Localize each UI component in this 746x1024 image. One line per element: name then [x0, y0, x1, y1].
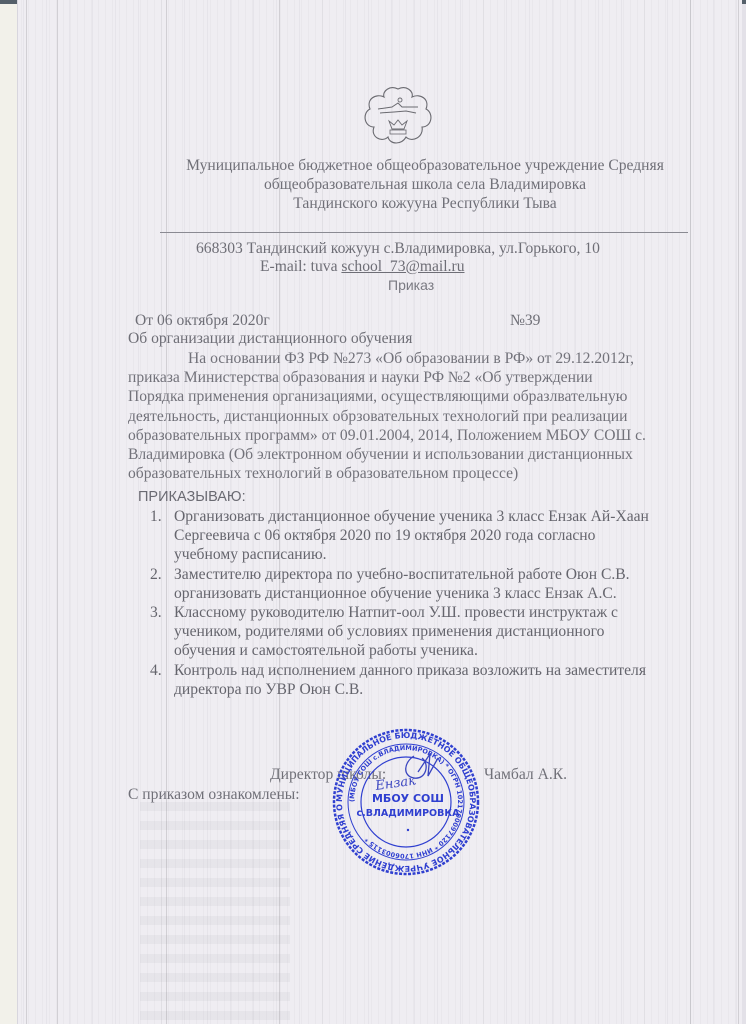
preamble-line: образовательных технологий в образовател… [128, 464, 698, 483]
scan-left-edge [0, 0, 18, 1024]
item-line: Классному руководителю Натпит-оол У.Ш. п… [174, 603, 618, 622]
item-number: 2. [150, 565, 174, 603]
preamble-line: Владимировка (Об электронном обучении и … [128, 445, 698, 464]
order-item: 4. Контроль над исполнением данного прик… [150, 661, 710, 699]
item-line: учеником, родителями об условиях примене… [174, 622, 618, 641]
institution-line: Тандинского кожууна Республики Тыва [130, 194, 720, 213]
order-preamble: На основании ФЗ РФ №273 «Об образовании … [128, 349, 698, 483]
school-address: 668303 Тандинский кожуун с.Владимировка,… [196, 240, 600, 258]
acquainted-label: С приказом ознакомлены: [128, 786, 300, 804]
order-subject: Об организации дистанционного обучения [128, 330, 412, 348]
item-line: обучения и самостоятельной работы ученик… [174, 641, 618, 660]
official-stamp-icon: МУНИЦИПАЛЬНОЕ БЮДЖЕТНОЕ ОБЩЕОБРАЗОВАТЕЛЬ… [318, 728, 494, 876]
order-item: 3. Классному руководителю Натпит-оол У.Ш… [150, 603, 710, 661]
item-line: Заместителю директора по учебно-воспитат… [174, 565, 630, 584]
scan-streak [738, 0, 739, 1024]
item-line: директора по УВР Оюн С.В. [174, 680, 646, 699]
email-link[interactable]: school_73@mail.ru [341, 258, 464, 275]
orders-heading: ПРИКАЗЫВАЮ: [138, 489, 246, 505]
scanned-document-page: Муниципальное бюджетное общеобразователь… [0, 0, 746, 1024]
item-line: Контроль над исполнением данного приказа… [174, 661, 646, 680]
institution-line: общеобразовательная школа села Владимиро… [130, 175, 720, 194]
item-number: 1. [150, 507, 174, 565]
preamble-line: деятельность, дистанционных обрзовательн… [128, 407, 698, 426]
svg-text:с.ВЛАДИМИРОВКА: с.ВЛАДИМИРОВКА [357, 808, 461, 819]
faded-bleedthrough-text [140, 800, 290, 1020]
preamble-line: приказа Министерства образования и науки… [128, 368, 698, 387]
item-line: учебному расписанию. [174, 545, 649, 564]
document-type-title: Приказ [388, 277, 434, 293]
institution-line: Муниципальное бюджетное общеобразователь… [130, 156, 720, 175]
school-email: E-mail: tuva school_73@mail.ru [260, 258, 465, 276]
order-date: От 06 октября 2020г [135, 312, 270, 330]
scan-streak [57, 0, 58, 1024]
tuva-emblem-icon [362, 85, 434, 147]
scan-right-edge [742, 0, 746, 1024]
preamble-line: образовательных программ» от 09.01.2004,… [128, 426, 698, 445]
director-name: Чамбал А.К. [484, 766, 567, 784]
order-items-list: 1. Организовать дистанционное обучение у… [150, 507, 710, 699]
email-label: E-mail: tuva [260, 258, 341, 275]
order-item: 2. Заместителю директора по учебно-воспи… [150, 565, 710, 603]
item-line: Организовать дистанционное обучение учен… [174, 507, 649, 526]
item-line: организовать дистанционное обучение учен… [174, 584, 630, 603]
institution-header: Муниципальное бюджетное общеобразователь… [130, 156, 720, 213]
svg-text:МБОУ СОШ: МБОУ СОШ [372, 792, 444, 805]
item-line: Сергеевича с 06 октября 2020 по 19 октяб… [174, 526, 649, 545]
preamble-line: Порядка применения организациями, осущес… [128, 387, 698, 406]
scan-streak [26, 0, 27, 1024]
order-item: 1. Организовать дистанционное обучение у… [150, 507, 710, 565]
item-number: 3. [150, 603, 174, 661]
order-number: №39 [510, 312, 540, 330]
header-divider [160, 232, 688, 233]
preamble-line: На основании ФЗ РФ №273 «Об образовании … [128, 349, 698, 368]
item-number: 4. [150, 661, 174, 699]
